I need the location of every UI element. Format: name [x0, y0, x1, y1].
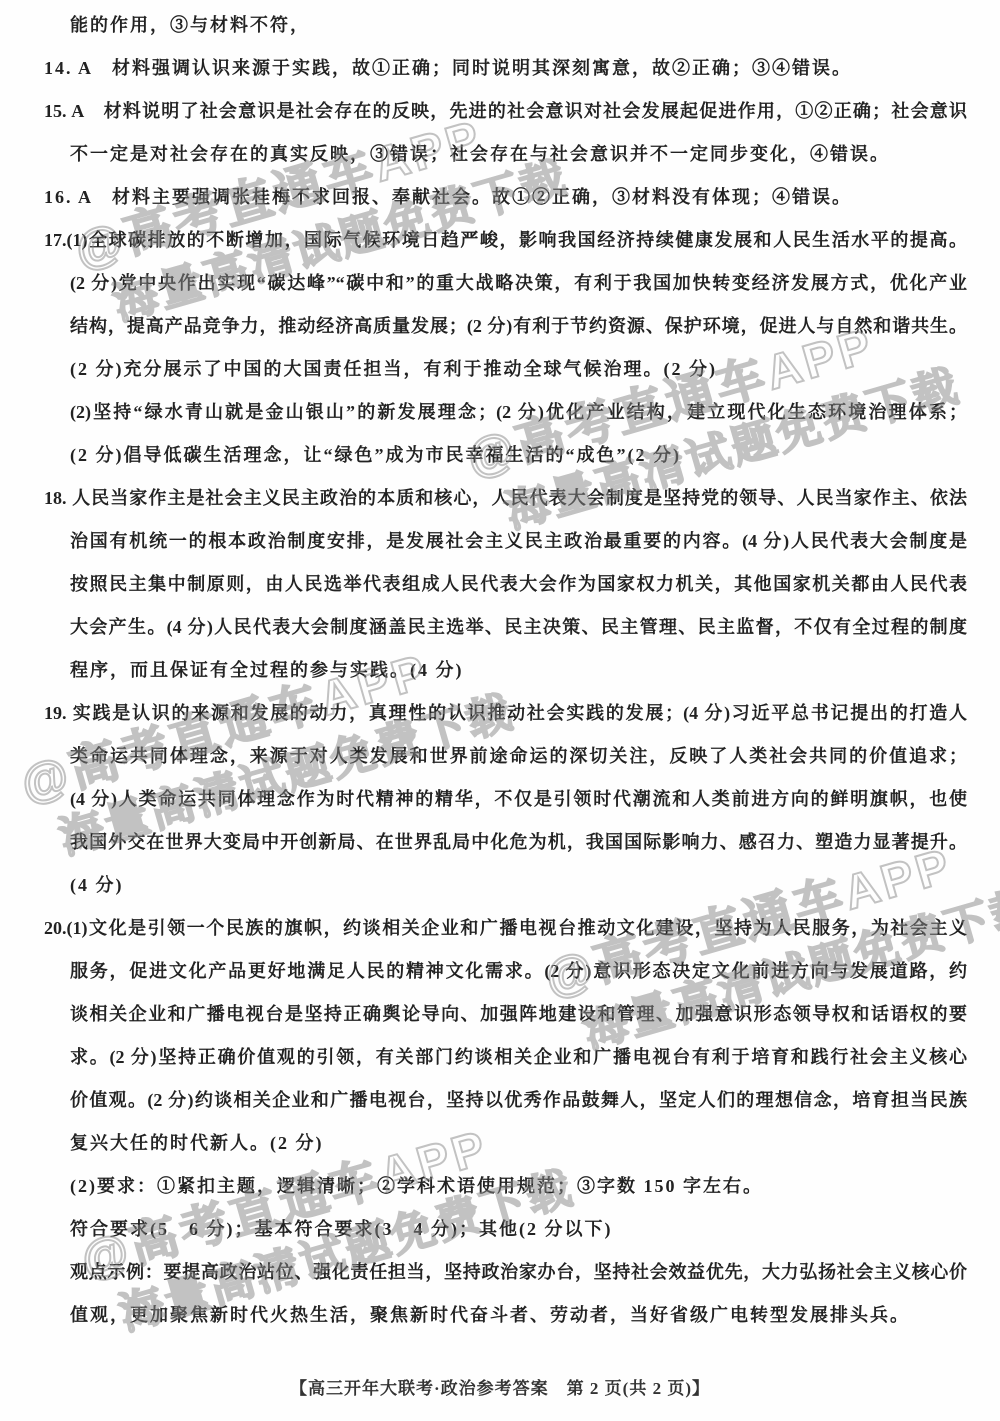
answer-line: 19. 实践是认识的来源和发展的动力，真理性的认识推动社会实践的发展；(4 分)… — [44, 692, 967, 735]
answer-line: (2 分)倡导低碳生活理念，让“绿色”成为市民幸福生活的“成色”(2 分) — [70, 434, 967, 477]
answer-line: 治国有机统一的根本政治制度安排，是发展社会主义民主政治最重要的内容。(4 分)人… — [70, 520, 967, 563]
answer-line: 15. A 材料说明了社会意识是社会存在的反映，先进的社会意识对社会发展起促进作… — [44, 90, 967, 133]
answer-line: 18. 人民当家作主是社会主义民主政治的本质和核心，人民代表大会制度是坚持党的领… — [44, 477, 967, 520]
answer-line: 20.(1)文化是引领一个民族的旗帜，约谈相关企业和广播电视台推动文化建设，坚持… — [44, 907, 967, 950]
answer-line: 大会产生。(4 分)人民代表大会制度涵盖民主选举、民主决策、民主管理、民主监督，… — [70, 606, 967, 649]
answer-line: (2)要求：①紧扣主题，逻辑清晰；②学科术语使用规范；③字数 150 字左右。 — [70, 1165, 967, 1208]
answer-line: 值观，更加聚焦新时代火热生活，聚焦新时代奋斗者、劳动者，当好省级广电转型发展排头… — [70, 1294, 967, 1337]
answer-line: 17.(1)全球碳排放的不断增加，国际气候环境日趋严峻，影响我国经济持续健康发展… — [44, 219, 967, 262]
answer-line: 能的作用，③与材料不符， — [70, 4, 967, 47]
answer-line: 16. A 材料主要强调张桂梅不求回报、奉献社会。故①②正确，③材料没有体现；④… — [44, 176, 967, 219]
answer-line: 我国外交在世界大变局中开创新局、在世界乱局中化危为机，我国国际影响力、感召力、塑… — [70, 821, 967, 864]
answer-line: (4 分)人类命运共同体理念作为时代精神的精华，不仅是引领时代潮流和人类前进方向… — [70, 778, 967, 821]
answer-line: 求。(2 分)坚持正确价值观的引领，有关部门约谈相关企业和广播电视台有利于培育和… — [70, 1036, 967, 1079]
answer-line: 价值观。(2 分)约谈相关企业和广播电视台，坚持以优秀作品鼓舞人，坚定人们的理想… — [70, 1079, 967, 1122]
answer-line: 按照民主集中制原则，由人民选举代表组成人民代表大会作为国家权力机关，其他国家机关… — [70, 563, 967, 606]
answer-line: 复兴大任的时代新人。(2 分) — [70, 1122, 967, 1165]
page-footer: 【高三开年大联考·政治参考答案 第 2 页(共 2 页)】 — [0, 1378, 1000, 1400]
answer-line: (2 分)充分展示了中国的大国责任担当，有利于推动全球气候治理。(2 分) — [70, 348, 967, 391]
answer-line: 观点示例：要提高政治站位、强化责任担当，坚持政治家办台，坚持社会效益优先，大力弘… — [70, 1251, 967, 1294]
answer-line: 服务，促进文化产品更好地满足人民的精神文化需求。(2 分)意识形态决定文化前进方… — [70, 950, 967, 993]
answer-line: 程序，而且保证有全过程的参与实践。(4 分) — [70, 649, 967, 692]
scanned-answer-page: 能的作用，③与材料不符，14. A 材料强调认识来源于实践，故①正确；同时说明其… — [0, 0, 1000, 1421]
answer-line: (2)坚持“绿水青山就是金山银山”的新发展理念；(2 分)优化产业结构，建立现代… — [70, 391, 967, 434]
answer-line: 谈相关企业和广播电视台是坚持正确舆论导向、加强阵地建设和管理、加强意识形态领导权… — [70, 993, 967, 1036]
answer-line: 符合要求(5 6 分)；基本符合要求(3 4 分)；其他(2 分以下) — [70, 1208, 967, 1251]
answer-text-block: 能的作用，③与材料不符，14. A 材料强调认识来源于实践，故①正确；同时说明其… — [44, 4, 967, 1337]
answer-line: (4 分) — [70, 864, 967, 907]
answer-line: 结构，提高产品竞争力，推动经济高质量发展；(2 分)有利于节约资源、保护环境，促… — [70, 305, 967, 348]
answer-line: 类命运共同体理念，来源于对人类发展和世界前途命运的深切关注，反映了人类社会共同的… — [70, 735, 967, 778]
answer-line: 14. A 材料强调认识来源于实践，故①正确；同时说明其深刻寓意，故②正确；③④… — [44, 47, 967, 90]
answer-line: 不一定是对社会存在的真实反映，③错误；社会存在与社会意识并不一定同步变化，④错误… — [70, 133, 967, 176]
answer-line: (2 分)党中央作出实现“碳达峰”“碳中和”的重大战略决策，有利于我国加快转变经… — [70, 262, 967, 305]
